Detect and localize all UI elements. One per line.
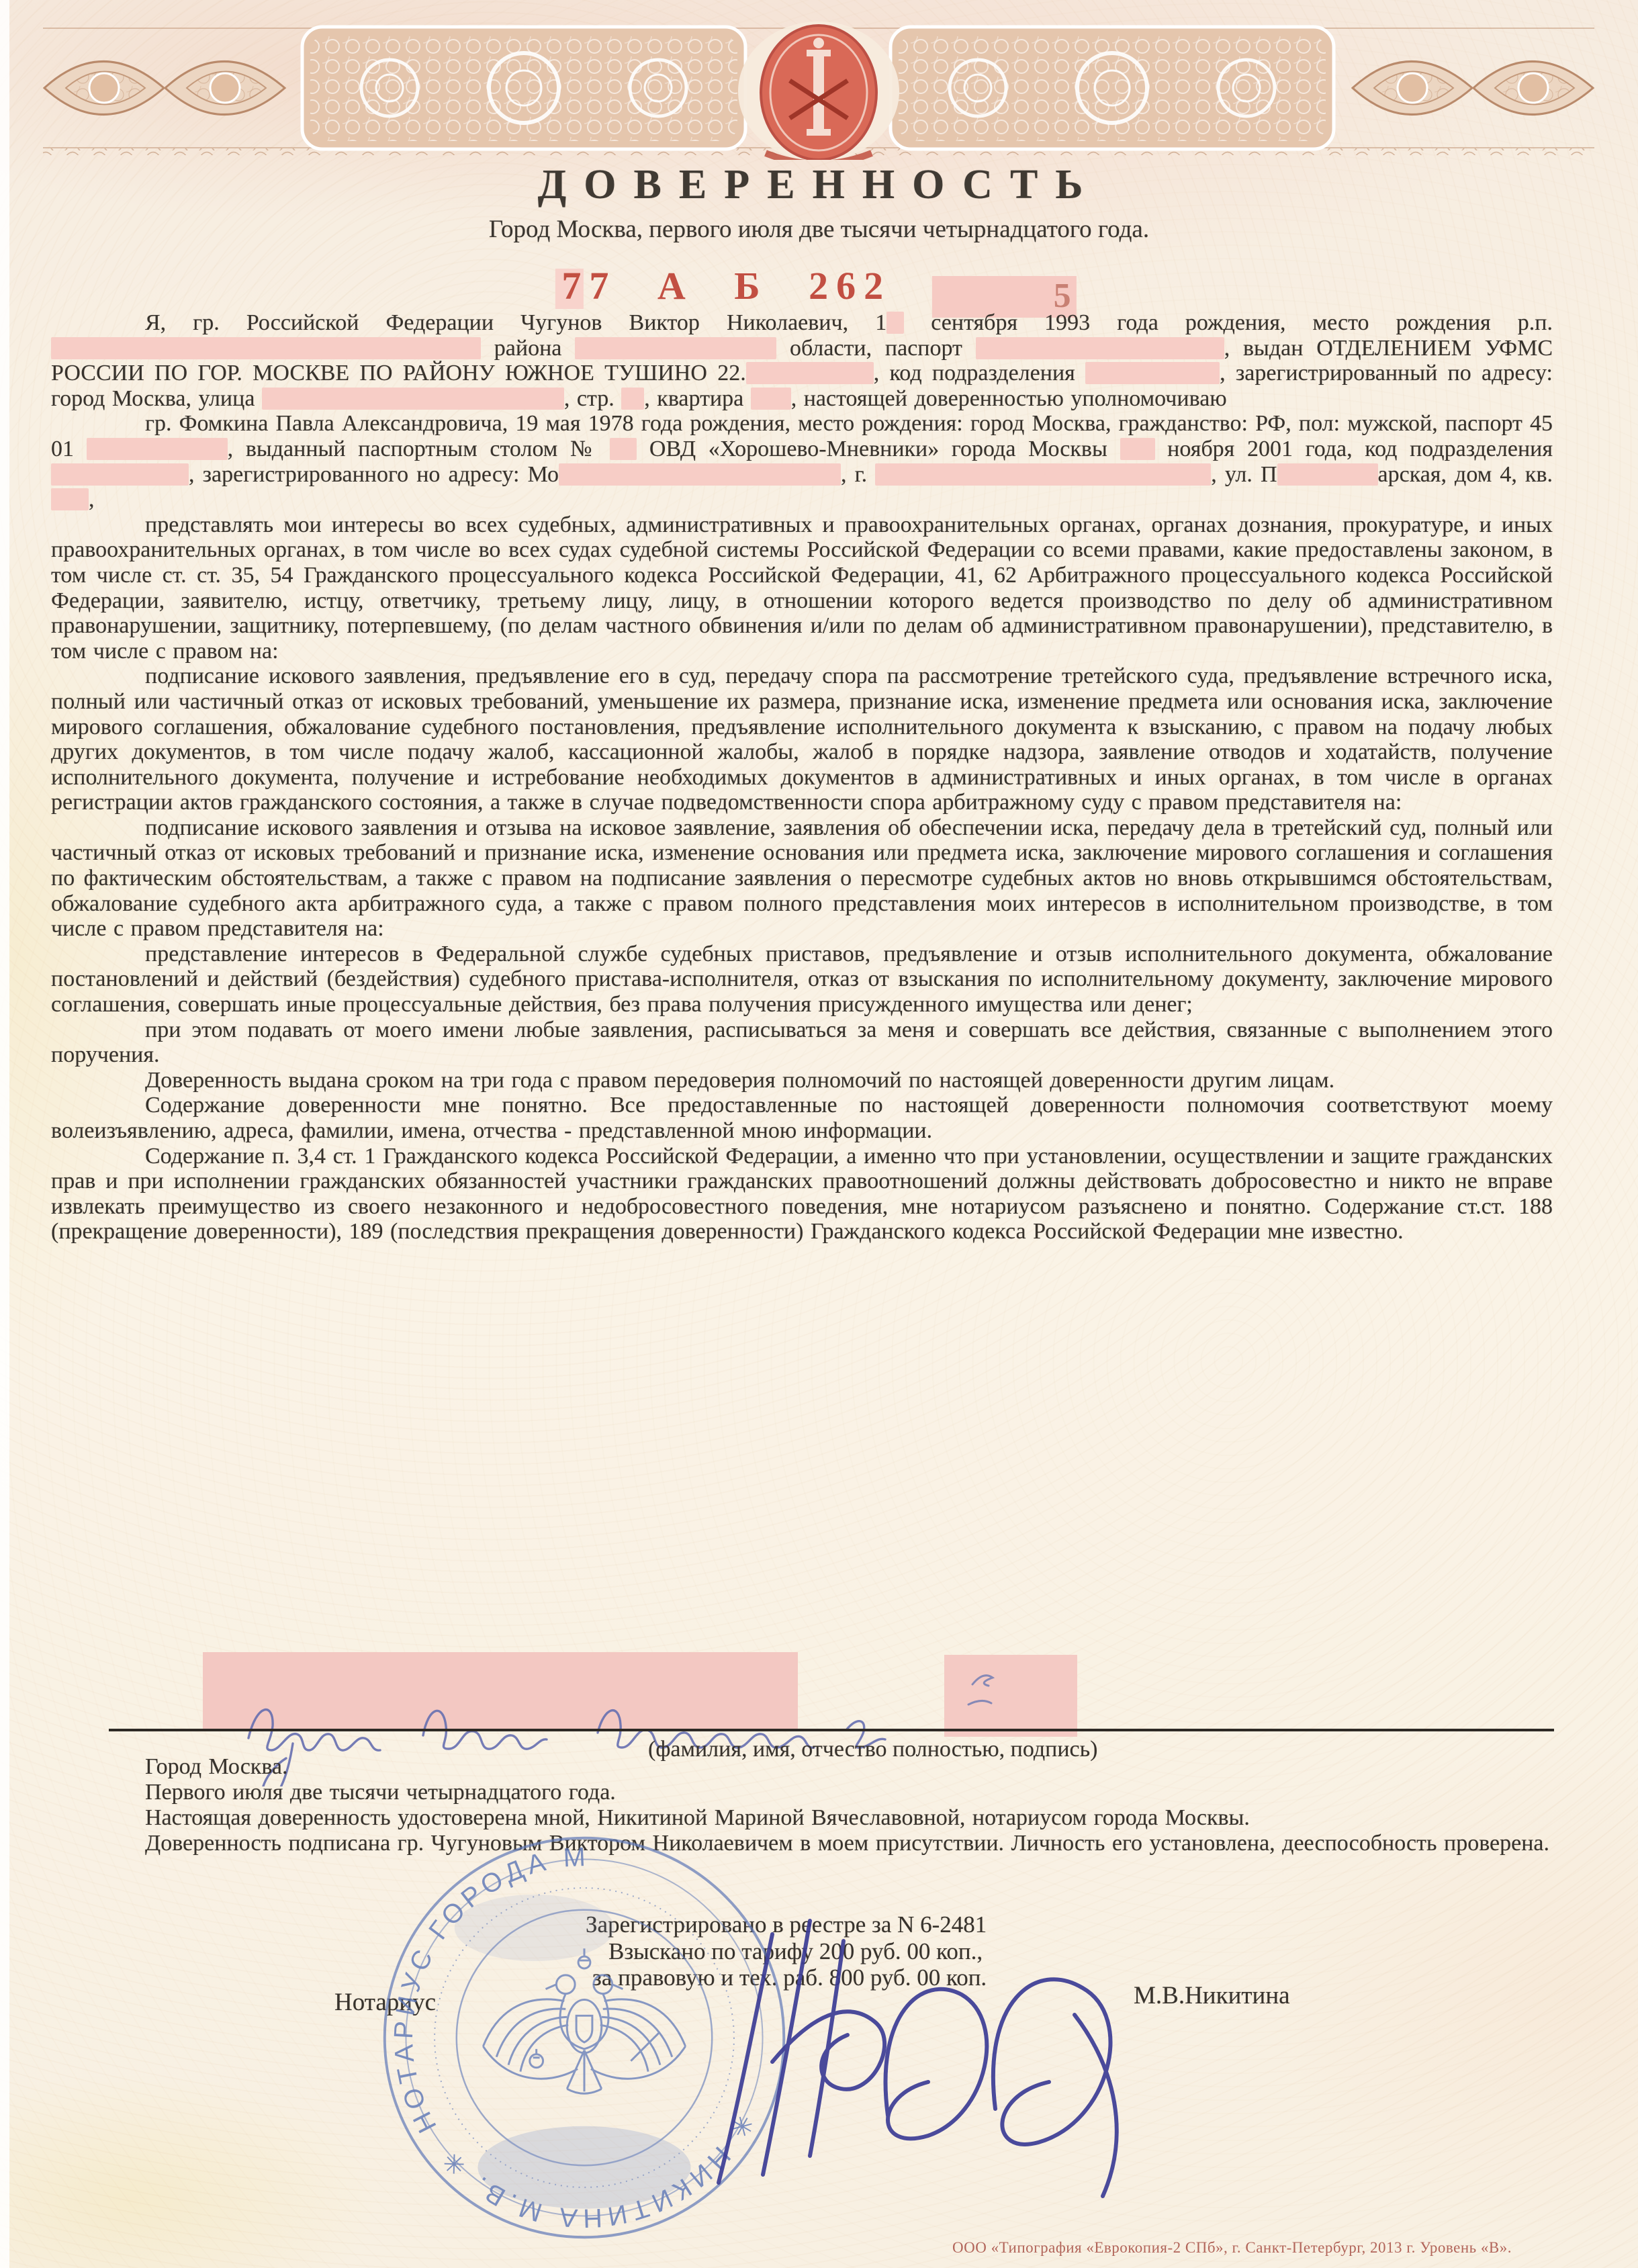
closing-line: Доверенность подписана гр. Чугуновым Вик… xyxy=(51,1831,1553,1856)
notary-signature-handwriting xyxy=(672,1893,1202,2215)
redaction-box xyxy=(51,488,89,510)
redaction-box xyxy=(262,388,564,410)
signature-line xyxy=(109,1729,1554,1731)
place-date-line: Город Москва, первого июля две тысячи че… xyxy=(0,215,1638,244)
closing-line: Первого июля две тысячи четырнадцатого г… xyxy=(51,1780,1553,1805)
redaction-box xyxy=(746,362,874,384)
scanned-power-of-attorney-page: ДОВЕРЕННОСТЬ Город Москва, первого июля … xyxy=(0,0,1638,2268)
redaction-box xyxy=(87,438,228,460)
document-title: ДОВЕРЕННОСТЬ xyxy=(0,161,1638,209)
redaction-box xyxy=(610,438,637,460)
serial-number: 77 А Б 262 5 xyxy=(561,263,1076,318)
print-shop-imprint: ООО «Типография «Еврокопия-2 СПб», г. Са… xyxy=(952,2239,1512,2257)
redaction-box xyxy=(575,337,776,359)
redaction-box xyxy=(751,388,791,410)
body-paragraph: представлять мои интересы во всех судебн… xyxy=(51,512,1553,664)
redaction-box xyxy=(51,337,481,359)
body-paragraph: Содержание п. 3,4 ст. 1 Гражданского код… xyxy=(51,1144,1553,1244)
body-paragraph: Доверенность выдана сроком на три года с… xyxy=(51,1068,1553,1093)
redaction-box xyxy=(886,312,904,334)
body-paragraph: представление интересов в Федеральной сл… xyxy=(51,942,1553,1017)
closing-line: Настоящая доверенность удостоверена мной… xyxy=(51,1805,1553,1831)
body-paragraph: Я, гр. Российской Федерации Чугунов Викт… xyxy=(51,310,1553,411)
body-paragraph: подписание искового заявления и отзыва н… xyxy=(51,815,1553,942)
closing-block: Город Москва.Первого июля две тысячи чет… xyxy=(51,1754,1553,1856)
body-paragraph: подписание искового заявления, предъявле… xyxy=(51,664,1553,815)
redaction-box xyxy=(875,463,1211,486)
serial-visible: 77 А Б 262 xyxy=(561,264,891,308)
body-paragraph: при этом подавать от моего имени любые з… xyxy=(51,1017,1553,1068)
redaction-box xyxy=(621,388,644,410)
scan-edge xyxy=(0,0,9,2268)
ornament-band xyxy=(39,16,1598,160)
redaction-box xyxy=(1277,463,1378,486)
redaction-box xyxy=(1085,362,1220,384)
redaction-box xyxy=(976,337,1224,359)
closing-line: Город Москва. xyxy=(51,1754,1553,1780)
body-paragraph: гр. Фомкина Павла Александровича, 19 мая… xyxy=(51,411,1553,512)
redaction-box xyxy=(559,463,841,486)
redaction-box xyxy=(1120,438,1155,460)
double-headed-eagle-icon xyxy=(483,1948,685,2093)
redaction-box xyxy=(51,463,189,486)
notary-emblem-icon xyxy=(738,21,899,160)
body-paragraph: Содержание доверенности мне понятно. Все… xyxy=(51,1093,1553,1143)
body-text: Я, гр. Российской Федерации Чугунов Викт… xyxy=(51,310,1553,1244)
